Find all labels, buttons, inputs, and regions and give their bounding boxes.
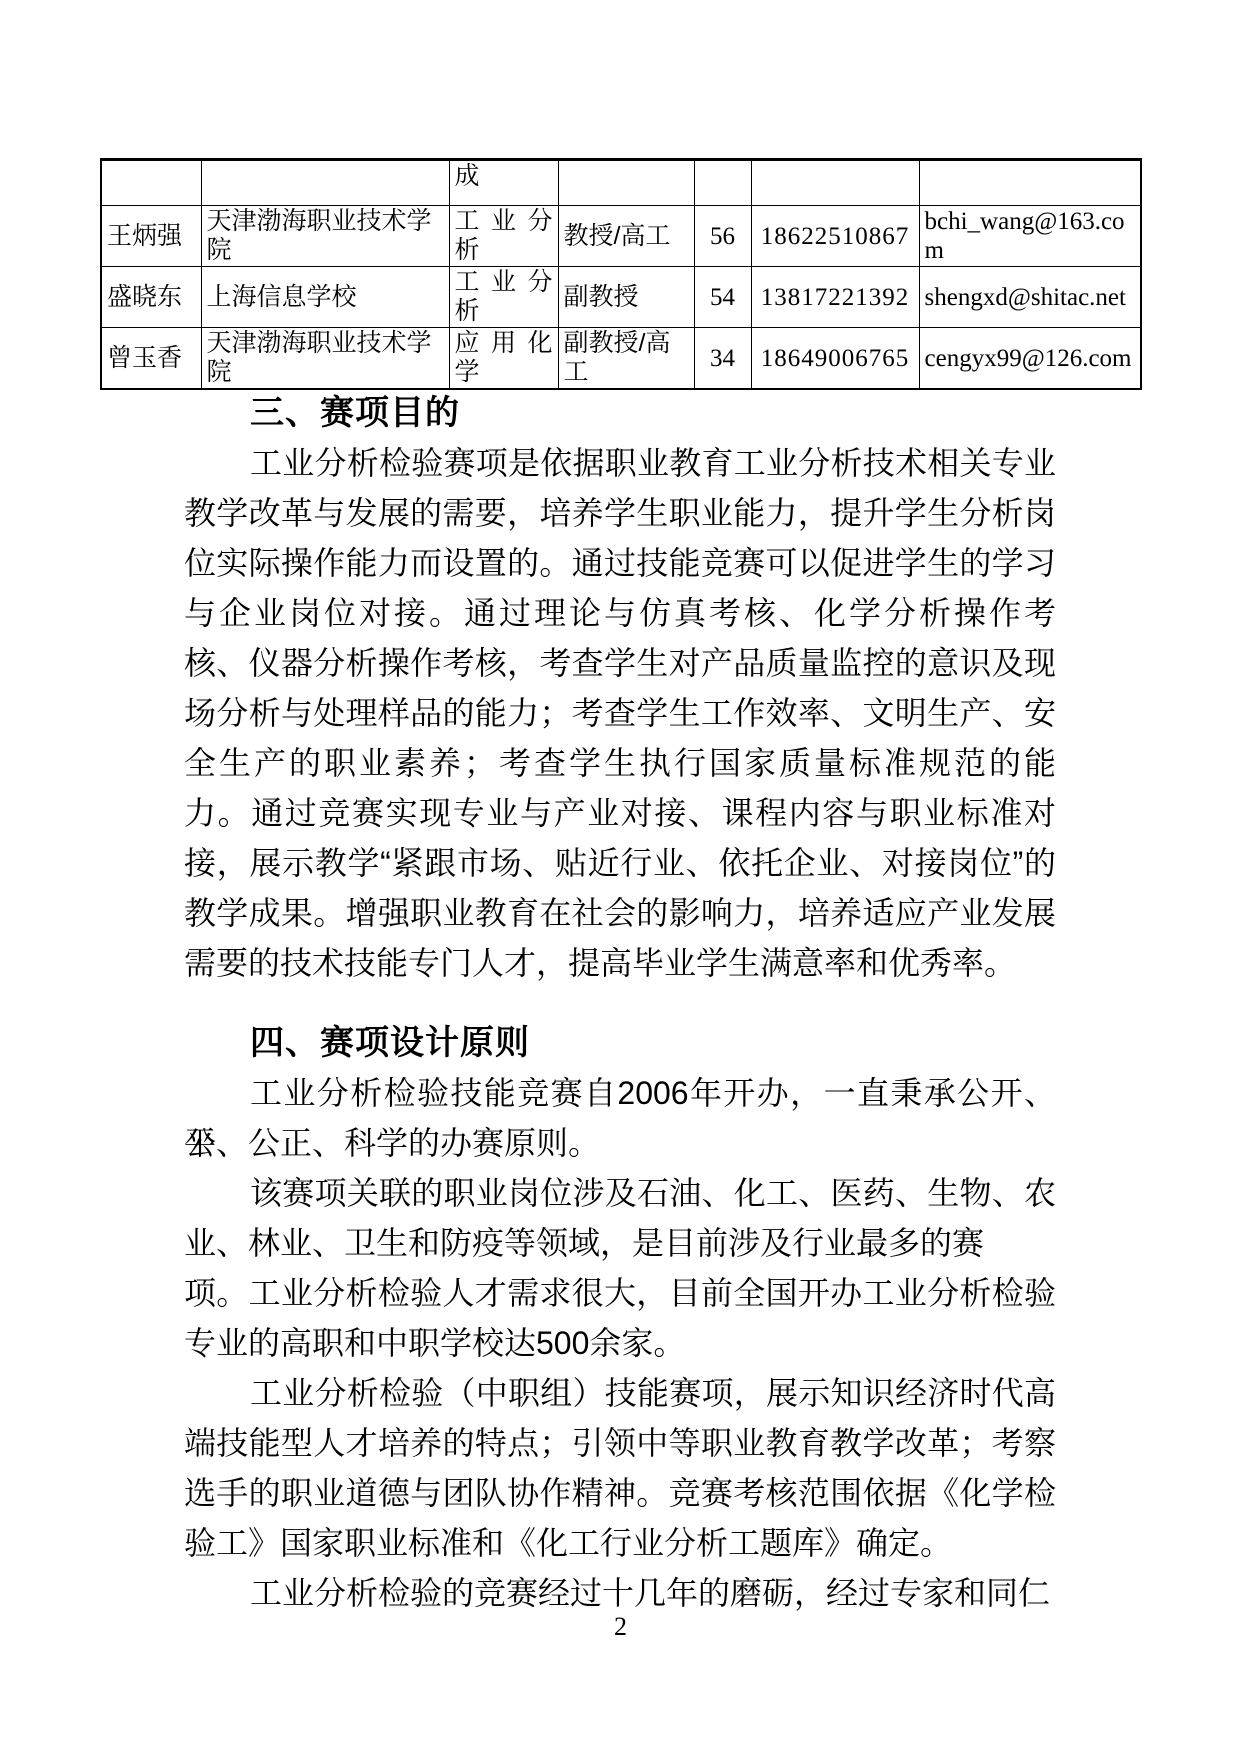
body-line: 需要的技术技能专门人才，提高毕业学生满意率和优秀率。 (184, 938, 1056, 988)
table-cell (919, 160, 1141, 206)
table-cell (101, 160, 201, 206)
body-line: 核、仪器分析操作考核，考查学生对产品质量监控的意识及现 (184, 638, 1056, 688)
table-cell: 副教授 (558, 267, 694, 328)
table-row-partial: 成 (101, 160, 1141, 206)
table-cell: 18649006765 (751, 328, 919, 390)
table-cell: 18622510867 (751, 206, 919, 267)
table-cell: 教授/高工 (558, 206, 694, 267)
body-line: 工业分析检验的竞赛经过十几年的磨砺，经过专家和同仁 (184, 1568, 1056, 1618)
table-cell: bchi_wang@163.com (919, 206, 1141, 267)
table-cell (201, 160, 449, 206)
section-heading: 三、赛项目的 (184, 388, 1056, 438)
body-line: 业、林业、卫生和防疫等领域，是目前涉及行业最多的赛 (184, 1218, 1056, 1268)
table-cell: 34 (694, 328, 751, 390)
page-number: 2 (0, 1612, 1241, 1642)
document-body: 三、赛项目的工业分析检验赛项是依据职业教育工业分析技术相关专业教学改革与发展的需… (184, 388, 1056, 1618)
table-row: 曾玉香天津渤海职业技术学院应用化学副教授/高工3418649006765ceng… (101, 328, 1141, 390)
body-line: 项。工业分析检验人才需求很大，目前全国开办工业分析检验 (184, 1268, 1056, 1318)
table-cell: 上海信息学校 (201, 267, 449, 328)
table-cell: 天津渤海职业技术学院 (201, 206, 449, 267)
table-row: 王炳强天津渤海职业技术学院工业分析教授/高工5618622510867bchi_… (101, 206, 1141, 267)
table-row: 盛晓东上海信息学校工业分析副教授5413817221392shengxd@shi… (101, 267, 1141, 328)
table-cell: 应用化学 (449, 328, 558, 390)
body-line: 教学成果。增强职业教育在社会的影响力，培养适应产业发展 (184, 888, 1056, 938)
body-line: 位实际操作能力而设置的。通过技能竞赛可以促进学生的学习 (184, 538, 1056, 588)
experts-table: 成王炳强天津渤海职业技术学院工业分析教授/高工5618622510867bchi… (100, 158, 1142, 390)
table-cell (558, 160, 694, 206)
body-line: 选手的职业道德与团队协作精神。竞赛考核范围依据《化学检 (184, 1468, 1056, 1518)
body-line: 全生产的职业素养；考查学生执行国家质量标准规范的能 (184, 738, 1056, 788)
body-line: 场分析与处理样品的能力；考查学生工作效率、文明生产、安 (184, 688, 1056, 738)
body-line: 与企业岗位对接。通过理论与仿真考核、化学分析操作考 (184, 588, 1056, 638)
table-cell: 天津渤海职业技术学院 (201, 328, 449, 390)
table-cell: shengxd@shitac.net (919, 267, 1141, 328)
body-line: 教学改革与发展的需要，培养学生职业能力，提升学生分析岗 (184, 488, 1056, 538)
section-heading: 四、赛项设计原则 (184, 1018, 1056, 1068)
body-line: 该赛项关联的职业岗位涉及石油、化工、医药、生物、农 (184, 1168, 1056, 1218)
document-page: 成王炳强天津渤海职业技术学院工业分析教授/高工5618622510867bchi… (0, 0, 1241, 1754)
body-line: 力。通过竞赛实现专业与产业对接、课程内容与职业标准对 (184, 788, 1056, 838)
table-cell (751, 160, 919, 206)
table-cell: cengyx99@126.com (919, 328, 1141, 390)
table-cell (694, 160, 751, 206)
body-line: 验工》国家职业标准和《化工行业分析工题库》确定。 (184, 1518, 1056, 1568)
table-cell: 副教授/高工 (558, 328, 694, 390)
table-cell: 54 (694, 267, 751, 328)
body-line: 工业分析检验赛项是依据职业教育工业分析技术相关专业 (184, 438, 1056, 488)
table-cell: 成 (449, 160, 558, 206)
table-cell: 13817221392 (751, 267, 919, 328)
table-cell: 盛晓东 (101, 267, 201, 328)
body-line: 专业的高职和中职学校达500余家。 (184, 1318, 1056, 1368)
table-cell: 工业分析 (449, 206, 558, 267)
table-cell: 56 (694, 206, 751, 267)
body-line: 平、公正、科学的办赛原则。 (184, 1118, 1056, 1168)
table-cell: 工业分析 (449, 267, 558, 328)
body-line: 工业分析检验（中职组）技能赛项，展示知识经济时代高 (184, 1368, 1056, 1418)
table-cell: 曾玉香 (101, 328, 201, 390)
table-cell: 王炳强 (101, 206, 201, 267)
body-line: 端技能型人才培养的特点；引领中等职业教育教学改革；考察 (184, 1418, 1056, 1468)
body-line: 工业分析检验技能竞赛自2006年开办，一直秉承公开、公 (184, 1068, 1056, 1118)
body-line: 接，展示教学“紧跟市场、贴近行业、依托企业、对接岗位”的 (184, 838, 1056, 888)
